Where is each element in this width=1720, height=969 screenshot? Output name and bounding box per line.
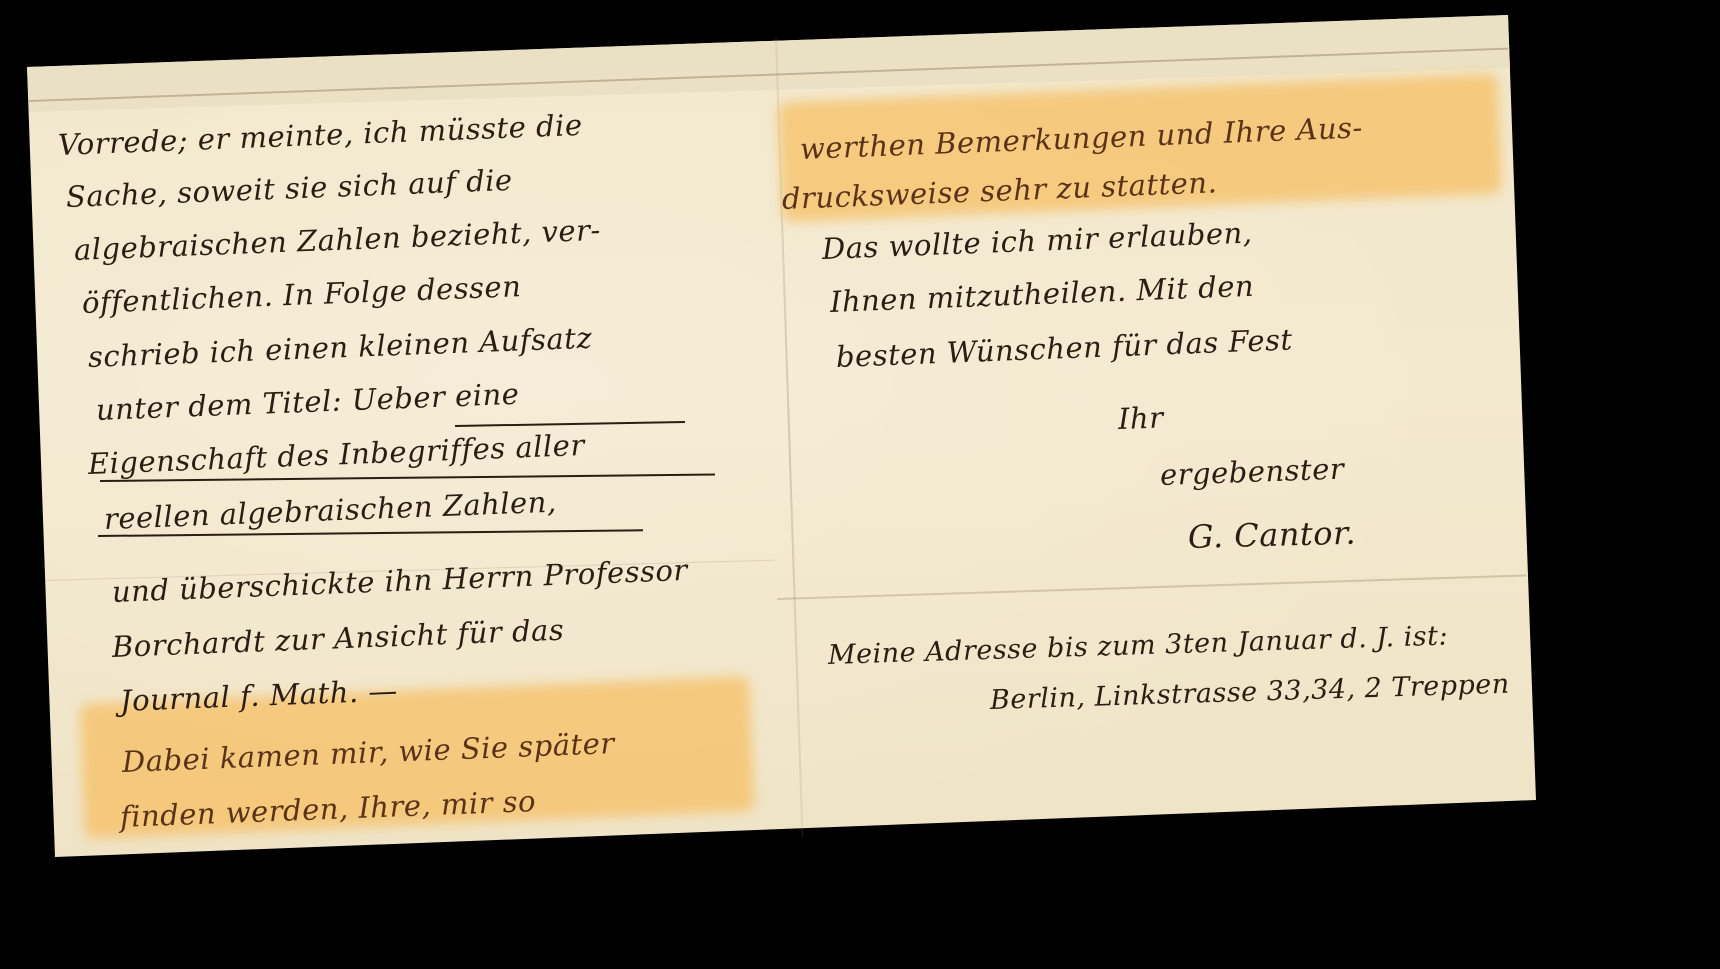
letter-photo: Vorrede; er meinte, ich müsste die Sache… — [0, 0, 1720, 969]
closing-line-1: Ihr — [1117, 400, 1164, 436]
signature: G. Cantor. — [1188, 514, 1357, 556]
closing-line-2: ergebenster — [1159, 452, 1344, 492]
